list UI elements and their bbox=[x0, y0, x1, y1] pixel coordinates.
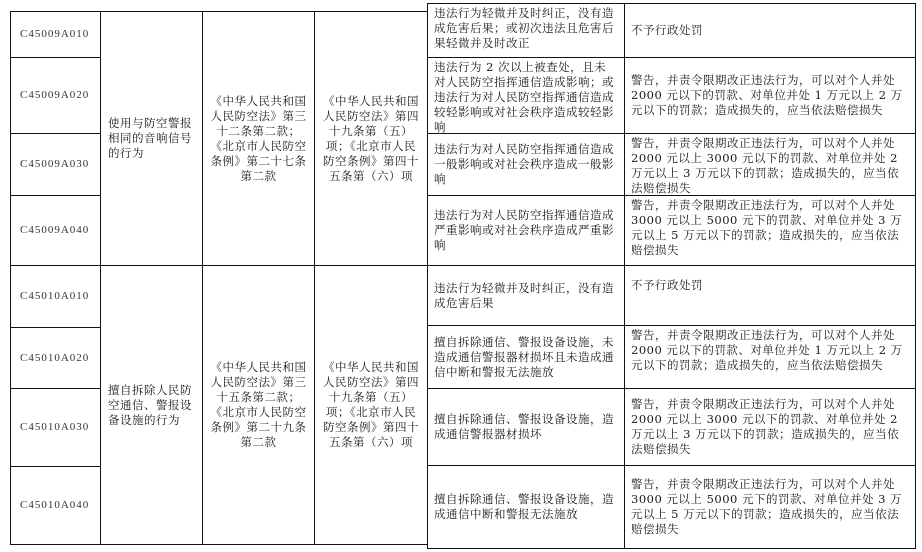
penalty: 警告，并责令限期改正违法行为，可以对个人并处 3000 元以上 5000 元下的… bbox=[625, 477, 915, 537]
code-cell: C45010A020 bbox=[10, 327, 101, 389]
code-cell: C45010A030 bbox=[10, 388, 101, 467]
circumstance: 违法行为轻微并及时纠正，没有造成危害后果 bbox=[428, 281, 624, 311]
penalty-cell: 警告，并责令限期改正违法行为，可以对个人并处 2000 元以上 3000 元以下… bbox=[624, 388, 916, 466]
penalty: 警告，并责令限期改正违法行为，可以对个人并处 2000 元以上 3000 元以下… bbox=[625, 136, 915, 196]
penalty: 警告，并责令限期改正违法行为，可以对个人并处 2000 元以下的罚款、对单位并处… bbox=[625, 73, 915, 118]
penalty-cell: 警告，并责令限期改正违法行为，可以对个人并处 3000 元以上 5000 元下的… bbox=[624, 195, 916, 266]
circumstance-cell: 违法行为 2 次以上被查处，且未对人民防空指挥通信造成影响；或违法行为对人民防空… bbox=[427, 57, 625, 134]
circumstance: 擅自拆除通信、警报设备设施，造成通信中断和警报无法施放 bbox=[428, 492, 624, 522]
violation-behavior: 擅自拆除人民防空通信、警报设备设施的行为 bbox=[101, 383, 202, 428]
penalty-clause: 《中华人民共和国人民防空法》第四十九条第（五）项；《北京市人民防空条例》第四十五… bbox=[315, 360, 427, 450]
circumstance: 违法行为对人民防空指挥通信造成一般影响或对社会秩序造成一般影响 bbox=[428, 142, 624, 187]
circumstance-cell: 擅自拆除通信、警报设备设施，造成通信中断和警报无法施放 bbox=[427, 465, 625, 549]
behavior-cell: 擅自拆除人民防空通信、警报设备设施的行为 bbox=[100, 265, 203, 545]
behavior-cell: 使用与防空警报相同的音响信号的行为 bbox=[100, 11, 203, 266]
law-basis-cell: 《中华人民共和国人民防空法》第三十五条第二款；《北京市人民防空条例》第二十九条第… bbox=[202, 265, 315, 545]
violation-code: C45010A010 bbox=[11, 289, 89, 304]
violation-code: C45010A030 bbox=[11, 420, 89, 435]
circumstance-cell: 违法行为轻微并及时纠正，没有造成危害后果；或初次违法且危害后果轻微并及时改正 bbox=[427, 3, 625, 58]
violation-code: C45009A030 bbox=[11, 157, 89, 172]
violation-code: C45010A020 bbox=[11, 351, 89, 366]
circumstance: 擅自拆除通信、警报设备设施，未造成通信警报器材损坏且未造成通信中断和警报无法施放 bbox=[428, 335, 624, 380]
circumstance: 违法行为 2 次以上被查处，且未对人民防空指挥通信造成影响；或违法行为对人民防空… bbox=[428, 60, 624, 135]
law-basis: 《中华人民共和国人民防空法》第三十五条第二款；《北京市人民防空条例》第二十九条第… bbox=[203, 360, 314, 450]
code-cell: C45009A030 bbox=[10, 133, 101, 196]
penalty: 警告，并责令限期改正违法行为，可以对个人并处 3000 元以上 5000 元下的… bbox=[625, 198, 915, 258]
circumstance-cell: 擅自拆除通信、警报设备设施，造成通信警报器材损坏 bbox=[427, 388, 625, 466]
violation-code: C45009A010 bbox=[11, 27, 89, 42]
law-basis-cell: 《中华人民共和国人民防空法》第三十二条第二款；《北京市人民防空条例》第二十七条第… bbox=[202, 11, 315, 266]
violation-code: C45009A040 bbox=[11, 223, 89, 238]
violation-code: C45010A040 bbox=[11, 498, 89, 513]
penalty-cell: 警告，并责令限期改正违法行为，可以对个人并处 2000 元以下的罚款、对单位并处… bbox=[624, 57, 916, 134]
penalty-cell: 不予行政处罚 bbox=[624, 3, 916, 58]
penalty-clause-cell: 《中华人民共和国人民防空法》第四十九条第（五）项；《北京市人民防空条例》第四十五… bbox=[314, 265, 428, 545]
code-cell: C45009A020 bbox=[10, 57, 101, 134]
code-cell: C45009A010 bbox=[10, 11, 101, 58]
code-cell: C45010A040 bbox=[10, 466, 101, 545]
penalty: 不予行政处罚 bbox=[625, 268, 709, 293]
violation-code: C45009A020 bbox=[11, 88, 89, 103]
code-cell: C45009A040 bbox=[10, 195, 101, 266]
circumstance-cell: 违法行为对人民防空指挥通信造成严重影响或对社会秩序造成严重影响 bbox=[427, 195, 625, 266]
code-cell: C45010A010 bbox=[10, 265, 101, 328]
violation-behavior: 使用与防空警报相同的音响信号的行为 bbox=[101, 116, 202, 161]
penalty-cell: 不予行政处罚 bbox=[624, 265, 916, 326]
circumstance-cell: 违法行为对人民防空指挥通信造成一般影响或对社会秩序造成一般影响 bbox=[427, 133, 625, 196]
penalty: 不予行政处罚 bbox=[625, 23, 709, 38]
penalty-clause-cell: 《中华人民共和国人民防空法》第四十九条第（五）项；《北京市人民防空条例》第四十五… bbox=[314, 11, 428, 266]
circumstance-cell: 擅自拆除通信、警报设备设施，未造成通信警报器材损坏且未造成通信中断和警报无法施放 bbox=[427, 325, 625, 389]
circumstance: 违法行为对人民防空指挥通信造成严重影响或对社会秩序造成严重影响 bbox=[428, 208, 624, 253]
penalty-cell: 警告，并责令限期改正违法行为，可以对个人并处 2000 元以上 3000 元以下… bbox=[624, 133, 916, 196]
law-basis: 《中华人民共和国人民防空法》第三十二条第二款；《北京市人民防空条例》第二十七条第… bbox=[203, 94, 314, 184]
penalty: 警告，并责令限期改正违法行为，可以对个人并处 2000 元以下的罚款、对单位并处… bbox=[625, 328, 915, 373]
penalty: 警告，并责令限期改正违法行为，可以对个人并处 2000 元以上 3000 元以下… bbox=[625, 397, 915, 457]
circumstance: 违法行为轻微并及时纠正，没有造成危害后果；或初次违法且危害后果轻微并及时改正 bbox=[428, 6, 624, 51]
penalty-cell: 警告，并责令限期改正违法行为，可以对个人并处 2000 元以下的罚款、对单位并处… bbox=[624, 325, 916, 389]
penalty-cell: 警告，并责令限期改正违法行为，可以对个人并处 3000 元以上 5000 元下的… bbox=[624, 465, 916, 549]
circumstance-cell: 违法行为轻微并及时纠正，没有造成危害后果 bbox=[427, 265, 625, 326]
circumstance: 擅自拆除通信、警报设备设施，造成通信警报器材损坏 bbox=[428, 412, 624, 442]
penalty-clause: 《中华人民共和国人民防空法》第四十九条第（五）项；《北京市人民防空条例》第四十五… bbox=[315, 94, 427, 184]
